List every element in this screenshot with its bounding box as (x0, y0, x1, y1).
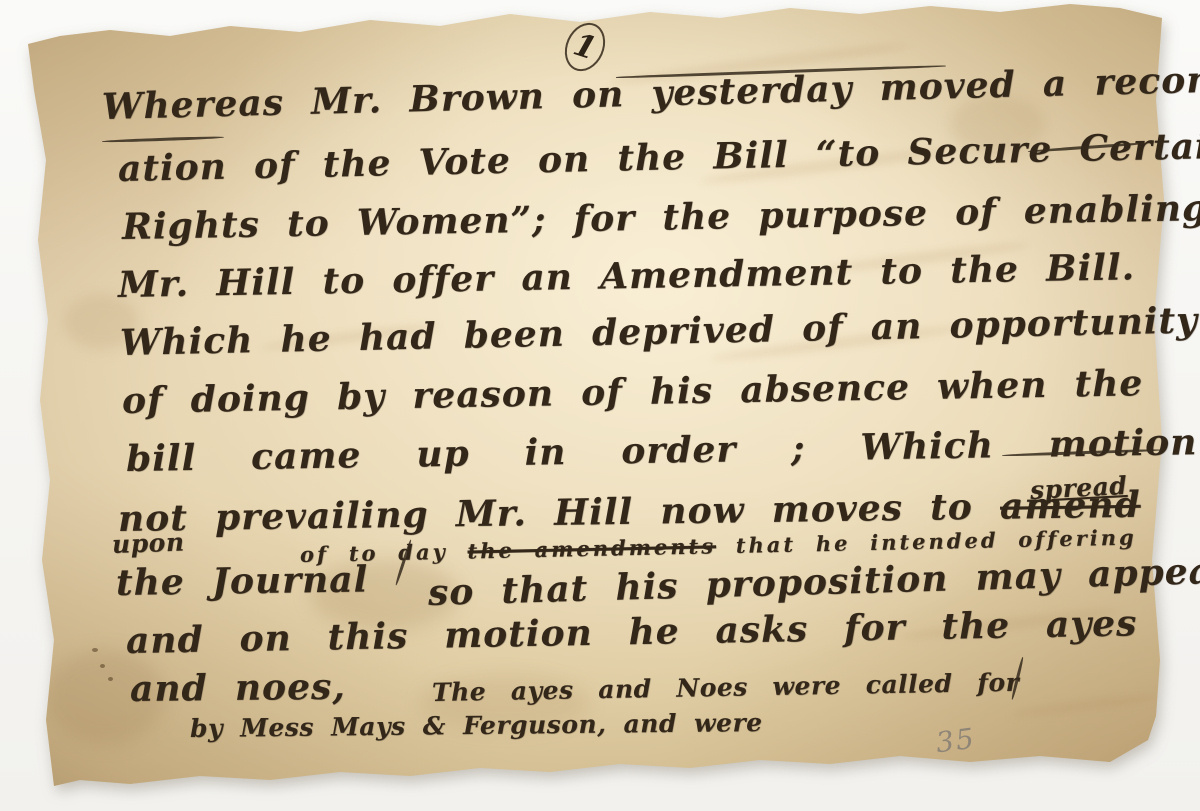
pencil-folio-number: 35 (934, 722, 977, 760)
interlinear-struck: the amendments (467, 533, 716, 563)
manuscript-line-9-start: the Journal (116, 558, 369, 604)
ink-speckle (108, 677, 113, 681)
manuscript-line-11a: and noes, (130, 666, 346, 710)
ink-speckle (92, 648, 98, 652)
ink-speckle (100, 664, 105, 668)
manuscript-line-12: by Mess Mays & Ferguson, and were (190, 708, 763, 743)
inserted-word-upon: upon (111, 527, 184, 559)
inserted-word-spread: spread (1029, 471, 1128, 505)
scanned-document-stage: 1 Whereas Mr. Brown on yesterday moved a… (0, 0, 1200, 811)
bleedthrough-mark (1010, 691, 1160, 720)
page-number: 1 (569, 27, 601, 68)
